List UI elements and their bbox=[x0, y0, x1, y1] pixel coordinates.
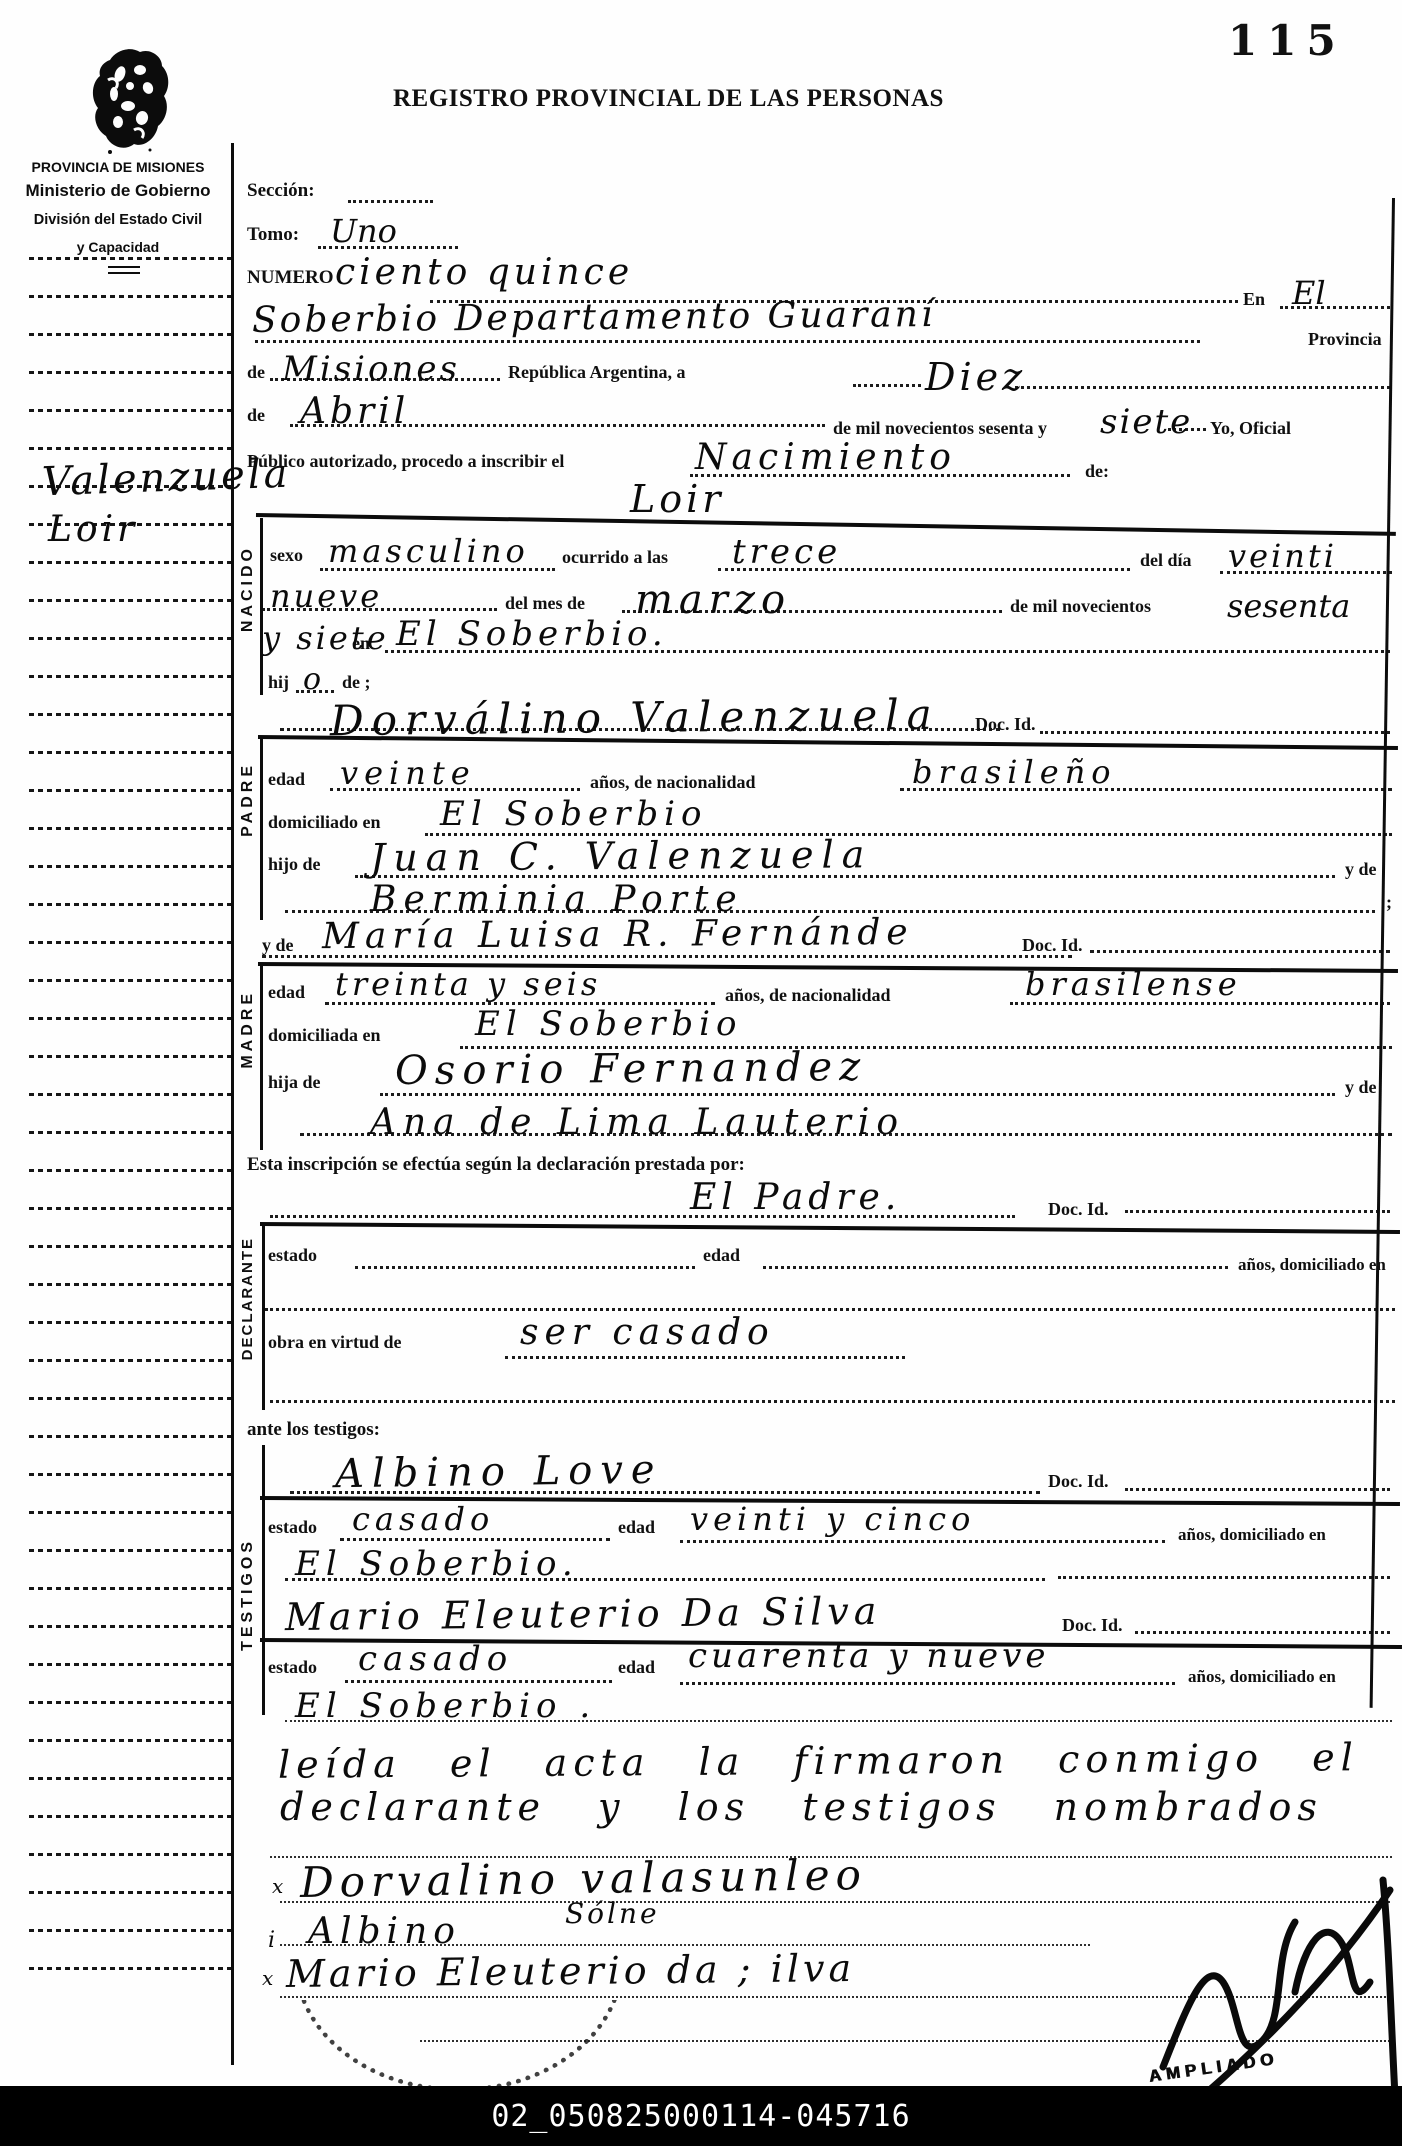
padre-domicilio-value: El Soberbio bbox=[440, 797, 708, 831]
padre-nacionalidad-value: brasileño bbox=[912, 756, 1117, 788]
field-de1-label: de bbox=[247, 363, 265, 381]
madre-edad-label: edad bbox=[268, 983, 305, 1001]
testigo1-estado-label: estado bbox=[268, 1518, 317, 1536]
section-label-testigos: TESTIGOS bbox=[240, 1538, 256, 1651]
margin-note-given-name: Loir bbox=[48, 512, 138, 548]
nacido-hijo-label-1: hij bbox=[268, 673, 289, 691]
margin-separator-line bbox=[231, 143, 234, 2065]
letterhead-ministry: Ministerio de Gobierno bbox=[6, 182, 230, 201]
margin-note-surname: Valenzuela bbox=[41, 454, 291, 503]
padre-y-de-label: y de bbox=[1345, 860, 1377, 878]
field-province-value: Misiones bbox=[282, 352, 460, 386]
testigo1-nombre-value: Albino Love bbox=[335, 1450, 663, 1495]
testigo1-estado-value: casado bbox=[352, 1503, 494, 1535]
nacido-dia-value-2: nueve bbox=[270, 580, 382, 612]
nacido-dia-value-1: veinti bbox=[1228, 540, 1337, 572]
field-place-value: Soberbio Departamento Guaraní bbox=[252, 297, 936, 339]
nacido-hora-value: trece bbox=[732, 535, 841, 569]
padre-domicilio-label: domiciliado en bbox=[268, 813, 381, 831]
declarante-doc-label: Doc. Id. bbox=[1048, 1200, 1109, 1218]
field-en-value: El bbox=[1292, 277, 1326, 309]
nacido-del-mes-label: del mes de bbox=[505, 594, 585, 612]
testigo2-edad-value: cuarenta y nueve bbox=[688, 1639, 1049, 1673]
padre-edad-label: edad bbox=[268, 770, 305, 788]
field-de-mil-label: de mil novecientos sesenta y bbox=[833, 419, 1047, 437]
signature2-mark: i bbox=[268, 1930, 275, 1952]
signature2-witness1: Albino bbox=[308, 1914, 461, 1950]
field-year-value: siete bbox=[1100, 405, 1192, 439]
testigo1-edad-value: veinti y cinco bbox=[690, 1503, 975, 1535]
signature3-witness2: Mario Eleuterio da ; ilva bbox=[286, 1949, 855, 1993]
declarante-edad-label: edad bbox=[703, 1246, 740, 1264]
field-numero-value: ciento quince bbox=[335, 255, 633, 291]
declarante-obra-value: ser casado bbox=[520, 1315, 775, 1351]
testigo1-doc-label: Doc. Id. bbox=[1048, 1472, 1109, 1490]
testigo2-nombre-value: Mario Eleuterio Da Silva bbox=[285, 1592, 882, 1636]
padre-punct: ; bbox=[1386, 893, 1392, 911]
padre-doc-label: Doc. Id. bbox=[975, 715, 1036, 733]
nacido-ocurrido-label: ocurrido a las bbox=[562, 548, 668, 566]
nacido-anio-value-1: sesenta bbox=[1227, 590, 1350, 622]
nacido-sexo-label: sexo bbox=[270, 546, 303, 564]
field-day-value: Diez bbox=[925, 358, 1026, 396]
field-month-value: Abril bbox=[300, 394, 409, 430]
testigo1-edad-label: edad bbox=[618, 1518, 655, 1536]
testigo2-edad-label: edad bbox=[618, 1658, 655, 1676]
declarante-intro-label: Esta inscripción se efectúa según la dec… bbox=[247, 1155, 745, 1174]
padre-nombre-value: Dorválino Valenzuela bbox=[330, 694, 940, 742]
field-de2-label: de bbox=[247, 406, 265, 424]
field-publico-label: Público autorizado, procedo a inscribir … bbox=[247, 452, 564, 470]
signature1-mark: x bbox=[272, 1876, 283, 1896]
madre-abuela-value: Ana de Lima Lauterio bbox=[370, 1105, 905, 1141]
footer-code: 02_050825000114-045716 bbox=[491, 2099, 910, 2134]
province-seal-icon bbox=[90, 46, 174, 158]
declarante-nombre-value: El Padre. bbox=[690, 1180, 901, 1216]
testigos-intro-label: ante los testigos: bbox=[247, 1420, 380, 1439]
nacido-lugar-value: El Soberbio. bbox=[396, 617, 668, 651]
padre-abuelo-value: Juan C. Valenzuela bbox=[370, 835, 873, 877]
round-stamp-arc bbox=[290, 2000, 630, 2092]
testigo2-estado-label: estado bbox=[268, 1658, 317, 1676]
letterhead-division-line1: División del Estado Civil bbox=[6, 213, 230, 229]
field-acto-value: Nacimiento bbox=[695, 440, 956, 476]
declarante-top-rule bbox=[260, 1222, 1400, 1233]
madre-domicilio-value: El Soberbio bbox=[475, 1007, 743, 1041]
official-signature-flourish bbox=[1145, 1862, 1402, 2100]
field-tomo-value: Uno bbox=[330, 215, 397, 247]
declarante-estado-label: estado bbox=[268, 1246, 317, 1264]
madre-edad-value: treinta y seis bbox=[335, 968, 601, 1000]
field-en-label: En bbox=[1243, 290, 1265, 308]
testigo2-estado-value: casado bbox=[358, 1642, 513, 1676]
signature2-witness1-extra: Sólne bbox=[565, 1900, 660, 1928]
closing-line-2: declarante y los testigos nombrados bbox=[280, 1788, 1323, 1826]
field-oficial-label: Yo, Oficial bbox=[1210, 419, 1291, 437]
closing-line-1: leída el acta la firmaron conmigo el bbox=[278, 1738, 1359, 1784]
testigo1-domicilio-value: El Soberbio. bbox=[295, 1547, 579, 1581]
letterhead-rule bbox=[108, 266, 140, 274]
madre-inner-rule bbox=[260, 964, 263, 1150]
letterhead-division-line2: y Capacidad bbox=[6, 240, 230, 255]
scanned-birth-record-page: 115 REGISTRO PROVINCIAL DE LAS PERSONAS … bbox=[0, 0, 1402, 2146]
padre-nacionalidad-label: años, de nacionalidad bbox=[590, 773, 756, 791]
madre-hija-de-label: hija de bbox=[268, 1073, 321, 1091]
testigo2-domicilio-label: años, domiciliado en bbox=[1188, 1668, 1336, 1685]
madre-doc-label: Doc. Id. bbox=[1022, 936, 1083, 954]
nacido-inner-rule bbox=[260, 518, 263, 695]
padre-edad-value: veinte bbox=[340, 757, 476, 789]
nacido-anio-value-2: y siete bbox=[262, 622, 389, 654]
madre-nacionalidad-value: brasilense bbox=[1025, 968, 1242, 1000]
nacido-del-dia-label: del día bbox=[1140, 551, 1192, 569]
testigos-inner-rule bbox=[262, 1445, 265, 1715]
signature3-mark: x bbox=[262, 1968, 273, 1988]
padre-inner-rule bbox=[260, 738, 263, 920]
page-title: REGISTRO PROVINCIAL DE LAS PERSONAS bbox=[393, 86, 944, 111]
nacido-novecientos-label: de mil novecientos bbox=[1010, 597, 1151, 615]
field-de-colon-label: de: bbox=[1085, 462, 1109, 480]
madre-y-de-label: y de bbox=[262, 936, 294, 954]
declarante-obra-label: obra en virtud de bbox=[268, 1333, 402, 1351]
madre-nacionalidad-label: años, de nacionalidad bbox=[725, 986, 891, 1004]
field-republica-label: República Argentina, a bbox=[508, 363, 686, 381]
madre-abuelo-value: Osorio Fernandez bbox=[395, 1047, 868, 1091]
madre-y-de2-label: y de bbox=[1345, 1078, 1377, 1096]
field-provincia-label: Provincia bbox=[1308, 330, 1382, 348]
field-seccion-label: Sección: bbox=[247, 181, 315, 200]
field-numero-label: NUMERO bbox=[247, 268, 334, 287]
testigo1-domicilio-label: años, domiciliado en bbox=[1178, 1526, 1326, 1543]
section-label-madre: MADRE bbox=[240, 990, 256, 1069]
section-label-nacido: NACIDO bbox=[240, 545, 256, 632]
declarante-domicilio-label: años, domiciliado en bbox=[1238, 1256, 1386, 1273]
madre-domicilio-label: domiciliada en bbox=[268, 1026, 381, 1044]
page-number: 115 bbox=[1228, 20, 1346, 62]
testigo2-domicilio-value: El Soberbio . bbox=[295, 1689, 596, 1723]
declarante-inner-rule bbox=[262, 1224, 265, 1410]
madre-nombre-value: María Luisa R. Fernánde bbox=[322, 915, 914, 955]
section-label-declarante: DECLARANTE bbox=[240, 1237, 255, 1360]
nacido-hijo-label-2: de ; bbox=[342, 673, 371, 691]
nacido-hijo-fill: o bbox=[303, 665, 321, 695]
footer-code-bar: 02_050825000114-045716 bbox=[0, 2086, 1402, 2146]
nacido-sexo-value: masculino bbox=[328, 535, 529, 567]
field-tomo-label: Tomo: bbox=[247, 225, 299, 244]
testigo2-doc-label: Doc. Id. bbox=[1062, 1616, 1123, 1634]
letterhead-province: PROVINCIA DE MISIONES bbox=[6, 160, 230, 175]
padre-hijo-de-label: hijo de bbox=[268, 855, 321, 873]
inscripto-name-value: Loir bbox=[630, 480, 724, 518]
section-label-padre: PADRE bbox=[240, 762, 256, 837]
